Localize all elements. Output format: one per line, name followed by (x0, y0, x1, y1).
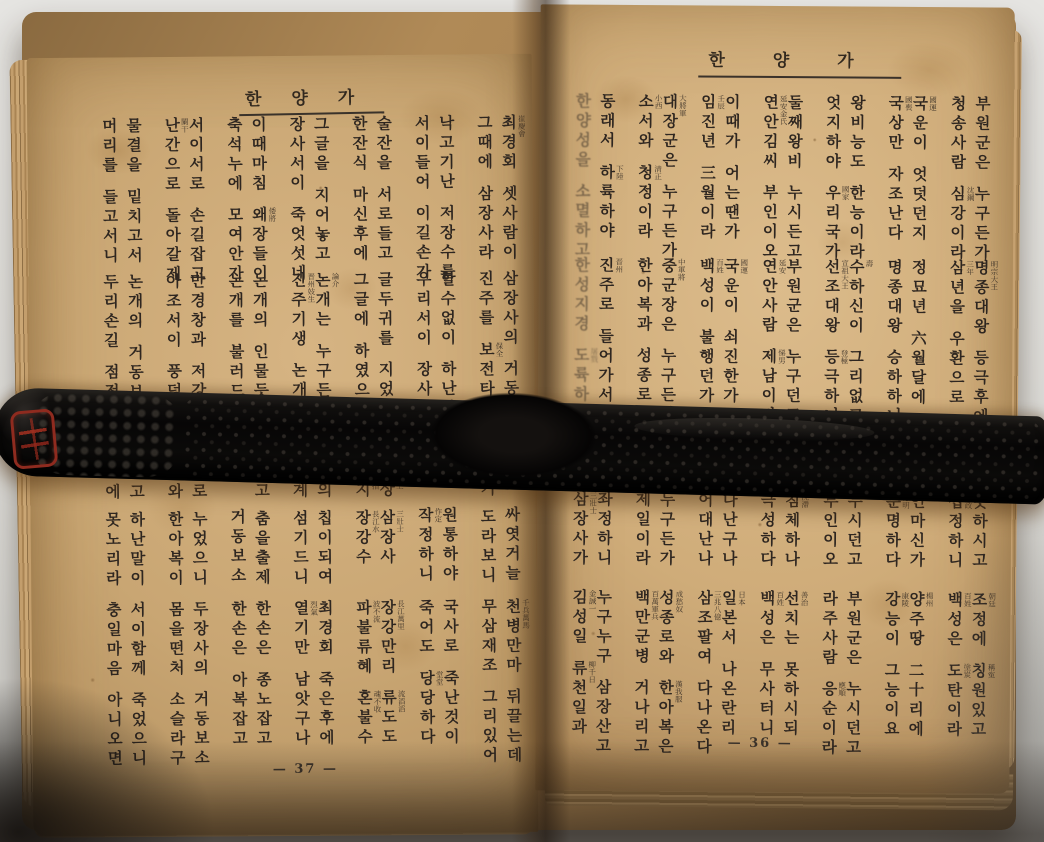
verse-column: 양주땅楊州二十리에 (906, 591, 924, 796)
hanja-annotation: 百姓 (963, 592, 971, 607)
hanja-annotation: 國家 (841, 185, 849, 200)
hanja-annotation: 金誠一 (588, 590, 596, 613)
hanja-annotation: 千兵萬馬 (521, 599, 529, 629)
hanja-annotation: 國運 (929, 96, 937, 111)
hanja-annotation: 保全 (495, 342, 503, 357)
verse-column: 원통하야 (441, 480, 458, 600)
rod-carved-bulge (424, 390, 617, 501)
hanja-annotation: 波不流 (372, 600, 380, 623)
verse-column: 강능이康陵그능이요 (882, 591, 900, 796)
verse-column: 거동보소 (229, 482, 246, 602)
left-page-title: 한양가 (239, 82, 385, 116)
verse-column: 서이함께죽었으니 (129, 601, 147, 811)
verse-column: 최경회죽은후에 (316, 600, 334, 810)
hanja-annotation: 善治 (800, 591, 808, 606)
hanja-annotation: 應順 (838, 681, 846, 696)
photo-of-open-book: 한양가 최경회崔慶會셋사람이그때에삼장사라낙고기난저장수를서이들어이길손가술잔을… (0, 0, 1044, 842)
hanja-annotation: 百姓 (716, 259, 724, 274)
right-page: 한양가 부원군은누구든가청송사람심강이라沈鋼국운이國運엇덧던지국상만國喪자조난다… (535, 4, 1014, 793)
hanja-annotation: 登極 (840, 349, 848, 364)
verse-column: 백성은百姓도탄이라塗炭 (945, 591, 963, 796)
hanja-annotation: 壽 (865, 260, 873, 268)
verse-column: 의칩이되여 (315, 482, 332, 602)
verse-column: 누구누구삼장산고 (594, 589, 612, 794)
verse-column: 죽어도당당하다堂堂 (417, 599, 435, 809)
hanja-annotation: 晋州 (615, 258, 623, 273)
hanja-annotation: 康陵 (901, 592, 909, 607)
verse-column: 백만군병百萬軍兵거나리고 (632, 589, 650, 794)
right-page-number: — 36 — (728, 736, 793, 751)
hanja-annotation: 塗炭 (963, 663, 971, 678)
hanja-annotation: 國喪 (904, 96, 912, 111)
hanja-annotation: 宣祖大王 (841, 259, 849, 289)
verse-column: 고춤을출제 (253, 482, 270, 602)
hanja-annotation: 論介 (331, 273, 339, 288)
hanja-annotation: 魂不收 (373, 690, 381, 713)
seal-character-marks (17, 416, 51, 462)
hanja-annotation: 屠戮 (590, 348, 598, 363)
hanja-annotation: 堂堂 (435, 670, 443, 685)
left-page-number: — 37 — (273, 762, 338, 778)
hanja-annotation: 延安 (778, 259, 786, 274)
hanja-annotation: 三兆八億 (713, 591, 721, 621)
verse-column: 라주사람응순이라應順 (820, 590, 838, 795)
verse-column: 김성일金誠一류천일과柳千日 (570, 589, 588, 794)
hanja-annotation: 晋州妓生 (307, 273, 315, 303)
hanja-annotation: 楊州 (925, 592, 933, 607)
hanja-annotation: 明宗大王 (990, 260, 998, 290)
left-page-verse-band-3: 싸엿거늘기도라보니원통하야작정하니作定상上삼장사三壯士지指장강수長江水의칩이되여… (82, 480, 521, 604)
hanja-annotation: 朝廷 (988, 592, 996, 607)
hanja-annotation: 稱寃 (987, 663, 995, 678)
hanja-annotation: 悌男 (778, 349, 786, 364)
hanja-annotation: 百萬軍兵 (651, 590, 659, 620)
verse-column: 한손은종노잡고 (254, 600, 272, 810)
hanja-annotation: 壬辰 (717, 95, 725, 110)
verse-column: 삼조팔여三兆八億다나온다 (695, 589, 713, 794)
hanja-annotation: 延安金氏 (779, 95, 787, 125)
hanja-annotation: 闌干 (180, 118, 188, 133)
hanja-annotation: 淸正 (654, 165, 662, 180)
hanja-annotation: 國運 (740, 259, 748, 274)
verse-column: 에못노리라 (104, 483, 121, 603)
hanja-annotation: 漢我服 (674, 680, 682, 703)
verse-column: 백성은百姓무사터니 (757, 590, 775, 795)
hanja-annotation: 下陸 (615, 164, 623, 179)
right-page-title: 한양가 (698, 45, 901, 78)
verse-column: 고하난말이 (128, 483, 145, 603)
verse-column: 조정에朝廷칭원있고稱寃 (969, 591, 987, 796)
verse-column: 천병만마千兵萬馬뒤끌는데 (504, 598, 522, 808)
right-page-verse-band-4: 조정에朝廷칭원있고稱寃백성은百姓도탄이라塗炭양주땅楊州二十리에강능이康陵그능이요… (548, 588, 987, 796)
verse-column: 무삼재조그리있어 (480, 598, 498, 808)
verse-column: 기도라보니 (479, 480, 496, 600)
hanja-annotation: 小西 (654, 94, 662, 109)
verse-column: 파불류혜波不流혼불수魂不收 (355, 599, 373, 809)
verse-column: 계섬기드니 (291, 482, 308, 602)
hanja-annotation: 成愁奴 (675, 590, 683, 613)
hanja-annotation: 三壯士 (396, 509, 404, 532)
hanja-annotation: 長江水 (371, 510, 379, 533)
verse-column: 와한아복이 (166, 483, 183, 603)
verse-column: 두장사의거동보소 (191, 601, 209, 811)
verse-column: 지指장강수長江水 (354, 481, 371, 601)
hanja-annotation: 中軍將 (677, 258, 685, 281)
hanja-annotation: 日本 (738, 591, 746, 606)
hanja-annotation: 作定 (434, 508, 442, 523)
red-seal-stamp (10, 408, 59, 470)
hanja-annotation: 大將軍 (678, 94, 686, 117)
verse-column: 국사로죽난것이 (442, 598, 460, 808)
left-page-verse-band-4: 천병만마千兵萬馬뒤끌는데무삼재조그리있어국사로죽난것이죽어도당당하다堂堂장강만리… (83, 598, 523, 812)
hanja-annotation: 柳千日 (588, 660, 596, 683)
verse-column: 선치는善治못하시되 (781, 590, 799, 795)
verse-column: 몸을떤처소슬라구 (167, 601, 185, 811)
hanja-annotation: 流滔滔 (397, 690, 405, 713)
verse-column: 상上삼장사三壯士 (378, 481, 395, 601)
hanja-annotation: 崔慶會 (517, 115, 525, 138)
rod-carved-head (35, 390, 177, 478)
verse-column: 한손은아복잡고 (230, 600, 248, 810)
verse-column: 열기만烈氣남앗구나 (292, 600, 310, 810)
verse-column: 작정하니作定 (416, 481, 433, 601)
verse-column: 로누었으니 (190, 483, 207, 603)
hanja-annotation: 烈氣 (310, 601, 318, 616)
hanja-annotation: 三年 (966, 260, 974, 275)
hanja-annotation: 長江萬里 (396, 600, 404, 630)
hanja-annotation: 沈鋼 (966, 186, 974, 201)
hanja-annotation: 三壯士 (589, 492, 597, 515)
hanja-annotation: 百姓 (776, 591, 784, 606)
hanja-annotation: 倭將 (268, 207, 276, 222)
verse-column: 충일마음아니오면 (105, 601, 123, 811)
